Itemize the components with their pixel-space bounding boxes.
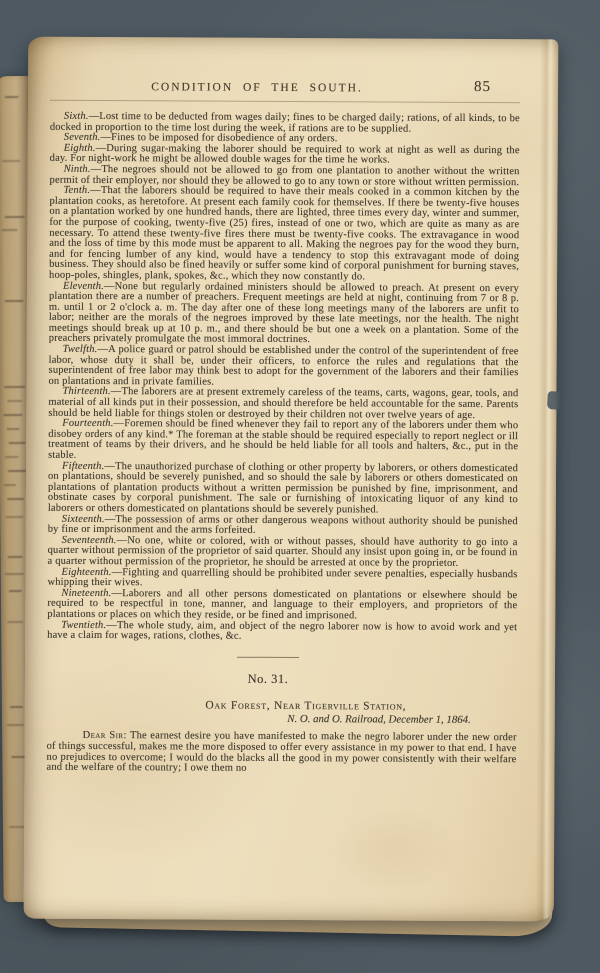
- ordinance-label: Tenth.: [63, 185, 90, 196]
- ordinance-text: —The possession of arms or other dangero…: [48, 514, 518, 536]
- ordinance-text: —A police guard or patrol should be esta…: [48, 344, 518, 387]
- ordinance-label: Seventh.: [64, 132, 101, 143]
- page-content: CONDITION OF THE SOUTH. 85 Sixth.—Lost t…: [46, 81, 520, 787]
- letter-body: Dear Sir: The earnest desire you have ma…: [46, 730, 516, 776]
- ordinance-text: —The unauthorized purchase of clothing o…: [48, 461, 518, 516]
- running-header: CONDITION OF THE SOUTH. 85: [50, 81, 520, 95]
- scan-backdrop: { "document": { "running_header": { "tit…: [0, 0, 600, 973]
- ordinance-paragraph: Seventeenth.—No one, white or colored, w…: [48, 535, 518, 569]
- ordinance-text: —The laborers are at present extremely c…: [48, 386, 518, 420]
- ordinance-label: Fourteenth.: [62, 418, 113, 429]
- ordinance-paragraph: Eleventh.—None but regularly ordained mi…: [49, 281, 519, 347]
- ordinance-label: Fifteenth.: [62, 460, 104, 471]
- ordinance-paragraph: Fifteenth.—The unauthorized purchase of …: [48, 461, 518, 516]
- ordinance-text: —Lost time to be deducted from wages dai…: [50, 111, 520, 134]
- section-divider-rule: [237, 656, 299, 657]
- ordinance-text: —None but regularly ordained ministers s…: [49, 281, 519, 346]
- letter-place-line: Oak Forest, Near Tigerville Station,: [71, 699, 541, 713]
- ordinance-text: —Foremen should be fined whenever they f…: [48, 418, 518, 461]
- ordinance-text: —No one, white or colored, with or witho…: [48, 535, 518, 569]
- ordinance-label: Ninth.: [64, 164, 91, 175]
- ordinance-label: Thirteenth.: [62, 386, 110, 397]
- fore-edge: [536, 39, 559, 921]
- book-page: CONDITION OF THE SOUTH. 85 Sixth.—Lost t…: [24, 37, 559, 922]
- ordinance-label: Eighteenth.: [61, 566, 111, 577]
- ordinance-list: Sixth.—Lost time to be deducted from wag…: [47, 112, 520, 644]
- letter-salutation: Dear Sir:: [83, 730, 127, 741]
- ordinance-paragraph: Fourteenth.—Foremen should be fined when…: [48, 419, 518, 464]
- ordinance-paragraph: Twelfth.—A police guard or patrol should…: [48, 345, 518, 390]
- letter-date-line: N. O. and O. Railroad, December 1, 1864.: [47, 711, 471, 725]
- ordinance-label: Twelfth.: [63, 344, 98, 355]
- ordinance-text: —The whole study, aim, and object of the…: [47, 620, 517, 642]
- ordinance-paragraph: Thirteenth.—The laborers are at present …: [48, 387, 518, 421]
- page-number: 85: [474, 79, 491, 96]
- ordinance-label: Eleventh.: [63, 280, 104, 291]
- ordinance-text: —Laborers and all other persons domestic…: [47, 588, 517, 621]
- ordinance-paragraph: Tenth.—That the laborers should be requi…: [49, 186, 519, 284]
- ordinance-text: —The negroes should not be allowed to go…: [50, 164, 520, 188]
- ordinance-text: —During sugar-making the laborer should …: [50, 143, 520, 166]
- ordinance-text: —Fighting and quarrelling should be proh…: [47, 567, 517, 589]
- ordinance-text: —That the laborers should be required to…: [49, 185, 519, 282]
- header-rule: [50, 100, 520, 103]
- ordinance-paragraph: Nineteenth.—Laborers and all other perso…: [47, 588, 517, 622]
- letter-number: No. 31.: [33, 670, 503, 687]
- running-title: CONDITION OF THE SOUTH.: [22, 81, 492, 95]
- page-edge-notch: [547, 391, 560, 410]
- ordinance-label: Sixth.: [64, 111, 89, 122]
- ordinance-paragraph: Twentieth.—The whole study, aim, and obj…: [47, 620, 517, 644]
